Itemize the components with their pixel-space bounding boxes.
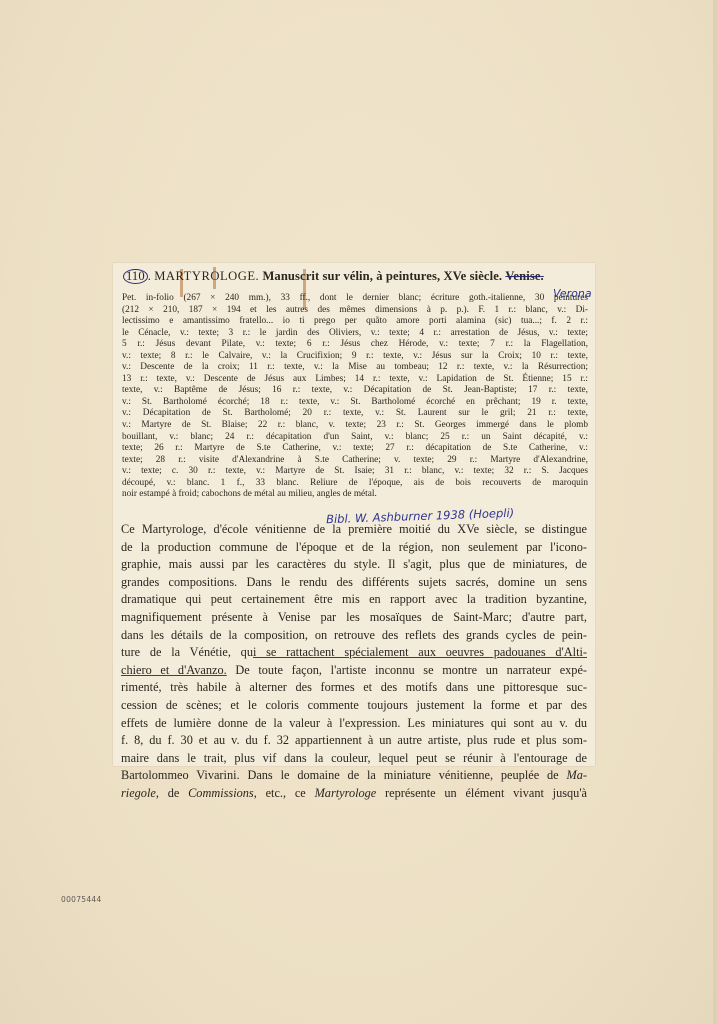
commentary-line: magnifiquement présente à Venise par les… <box>121 609 587 627</box>
description-line: noir estampé à froid; cabochons de métal… <box>122 489 588 501</box>
entry-description: Pet. in-folio (267 × 240 mm.), 33 ff., d… <box>122 293 588 501</box>
text-run: De toute façon, l'artiste inconnu se mon… <box>227 663 587 677</box>
italic-run: Martyrologe <box>315 786 377 800</box>
italic-run: Commissions <box>188 786 254 800</box>
inventory-number: 00075444 <box>61 895 102 904</box>
commentary-line: chiero et d'Avanzo. De toute façon, l'ar… <box>121 662 587 680</box>
entry-heading: 110. MARTYROLOGE. Manuscrit sur vélin, à… <box>123 269 589 284</box>
entry-subtitle: Manuscrit sur vélin, à peintures, XVe si… <box>262 269 502 283</box>
description-line: lectissimo e amantissimo fratello... io … <box>122 316 588 328</box>
description-line: v.: texte; c. 30 r.: texte, v.: Martyre … <box>122 466 588 478</box>
description-line: v.: Martyre de St. Blaise; 22 r.: blanc,… <box>122 420 588 432</box>
entry-place-struck: Venise. <box>505 269 543 283</box>
commentary-line: Ce Martyrologe, d'école vénitienne de la… <box>121 521 587 539</box>
description-line: v.: texte; 8 r.: le Calvaire, v.: la Cru… <box>122 351 588 363</box>
description-line: (212 × 210, 187 × 194 et les autres des … <box>122 305 588 317</box>
entry-commentary: Ce Martyrologe, d'école vénitienne de la… <box>121 521 587 803</box>
commentary-line: ture de la Vénétie, qui se rattachent sp… <box>121 644 587 662</box>
description-line: le Cénacle, v.: texte; 3 r.: le jardin d… <box>122 328 588 340</box>
italic-run: Ma- <box>567 768 588 782</box>
description-line: texte; 28 r.: visite d'Alexandrine à S.t… <box>122 455 588 467</box>
description-line: v.: Descente de la croix; 11 r.: texte, … <box>122 362 588 374</box>
page-edge <box>713 0 717 1024</box>
description-line: v.: Décapitation de St. Bartholomé; 20 r… <box>122 408 588 420</box>
text-run: ture de la Vénétie, qu <box>121 645 253 659</box>
commentary-line: f. 8, du f. 30 et au v. du f. 32 apparti… <box>121 732 587 750</box>
description-line: 13 r.: texte, v.: Descente de Jésus aux … <box>122 374 588 386</box>
description-line: texte; 26 r.: Martyre de S.te Catherine,… <box>122 443 588 455</box>
description-line: v.: St. Bartholomé écorché; 18 r.: texte… <box>122 397 588 409</box>
catalog-clipping: 110. MARTYROLOGE. Manuscrit sur vélin, à… <box>113 263 595 766</box>
commentary-line: rimenté, très habile à alterner des form… <box>121 679 587 697</box>
text-run: , de <box>156 786 188 800</box>
entry-title: MARTYROLOGE. <box>154 269 259 283</box>
description-line: Pet. in-folio (267 × 240 mm.), 33 ff., d… <box>122 293 588 305</box>
description-line: 5 r.: Jésus devant Pilate, v.: texte; 6 … <box>122 339 588 351</box>
commentary-line: grandes compositions. Dans le rendu des … <box>121 574 587 592</box>
commentary-line: graphie, mais aussi par les caractères d… <box>121 556 587 574</box>
commentary-line: maire dans le trait, plus vif dans la co… <box>121 750 587 768</box>
text-run: Bartolommeo Vivarini. Dans le domaine de… <box>121 768 567 782</box>
commentary-line: riegole, de Commissions, etc., ce Martyr… <box>121 785 587 803</box>
commentary-line: dans les détails de la composition, on r… <box>121 627 587 645</box>
text-run: représente un élément vivant jusqu'à <box>376 786 587 800</box>
text-run: , etc., ce <box>254 786 315 800</box>
description-line: découpé, v.: blanc. 1 f., 33 blanc. Reli… <box>122 478 588 490</box>
commentary-line: Bartolommeo Vivarini. Dans le domaine de… <box>121 767 587 785</box>
commentary-line: cession de scènes; et le coloris comment… <box>121 697 587 715</box>
description-line: bouillant, v.: blanc; 24 r.: décapitatio… <box>122 432 588 444</box>
underlined-passage: i se rattachent spécialement aux oeuvres… <box>253 645 587 659</box>
underlined-passage: chiero et d'Avanzo. <box>121 663 227 677</box>
entry-number: 110 <box>123 269 148 284</box>
commentary-line: dramatique qui peut certainement être mi… <box>121 591 587 609</box>
commentary-line: effets de lumière donne de la valeur à l… <box>121 715 587 733</box>
description-line: texte, v.: Baptême de Jésus; 16 r.: text… <box>122 385 588 397</box>
commentary-line: de la production commune de l'époque et … <box>121 539 587 557</box>
italic-run: riegole <box>121 786 156 800</box>
